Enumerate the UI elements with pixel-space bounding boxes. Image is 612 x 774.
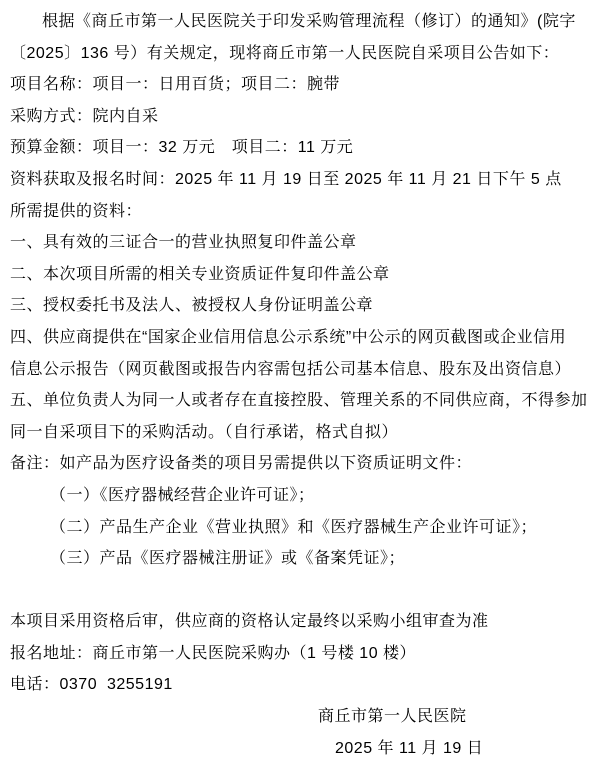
text-line: 根据《商丘市第一人民医院关于印发采购管理流程（修订）的通知》(院字	[10, 6, 602, 38]
text-line: 信息公示报告（网页截图或报告内容需包括公司基本信息、股东及出资信息）	[10, 354, 602, 386]
text-line: 电话：0370 3255191	[10, 669, 602, 701]
text-line: （三）产品《医疗器械注册证》或《备案凭证》；	[10, 543, 602, 575]
text-line: 五、单位负责人为同一人或者存在直接控股、管理关系的不同供应商，不得参加	[10, 385, 602, 417]
text-line: 报名地址：商丘市第一人民医院采购办（1 号楼 10 楼）	[10, 638, 602, 670]
text-line	[10, 575, 602, 607]
text-line: 采购方式：院内自采	[10, 101, 602, 133]
text-line: 〔2025〕136 号）有关规定，现将商丘市第一人民医院自采项目公告如下：	[10, 38, 602, 70]
announcement-document: 根据《商丘市第一人民医院关于印发采购管理流程（修订）的通知》(院字〔2025〕1…	[0, 0, 612, 774]
text-line: 预算金额：项目一：32 万元 项目二：11 万元	[10, 132, 602, 164]
text-line: 同一自采项目下的采购活动。（自行承诺，格式自拟）	[10, 417, 602, 449]
text-line: （二）产品生产企业《营业执照》和《医疗器械生产企业许可证》；	[10, 512, 602, 544]
signature-line: 商丘市第一人民医院	[10, 701, 602, 733]
text-line: 本项目采用资格后审，供应商的资格认定最终以采购小组审查为准	[10, 606, 602, 638]
text-line: （一）《医疗器械经营企业许可证》；	[10, 480, 602, 512]
text-line: 项目名称：项目一：日用百货；项目二：腕带	[10, 69, 602, 101]
text-line: 备注：如产品为医疗设备类的项目另需提供以下资质证明文件：	[10, 448, 602, 480]
text-line: 四、供应商提供在“国家企业信用信息公示系统”中公示的网页截图或企业信用	[10, 322, 602, 354]
text-line: 所需提供的资料：	[10, 196, 602, 228]
date-line: 2025 年 11 月 19 日	[10, 733, 602, 765]
text-line: 二、本次项目所需的相关专业资质证件复印件盖公章	[10, 259, 602, 291]
document-lines: 根据《商丘市第一人民医院关于印发采购管理流程（修订）的通知》(院字〔2025〕1…	[10, 6, 602, 764]
text-line: 资料获取及报名时间：2025 年 11 月 19 日至 2025 年 11 月 …	[10, 164, 602, 196]
text-line: 三、授权委托书及法人、被授权人身份证明盖公章	[10, 290, 602, 322]
text-line: 一、具有效的三证合一的营业执照复印件盖公章	[10, 227, 602, 259]
